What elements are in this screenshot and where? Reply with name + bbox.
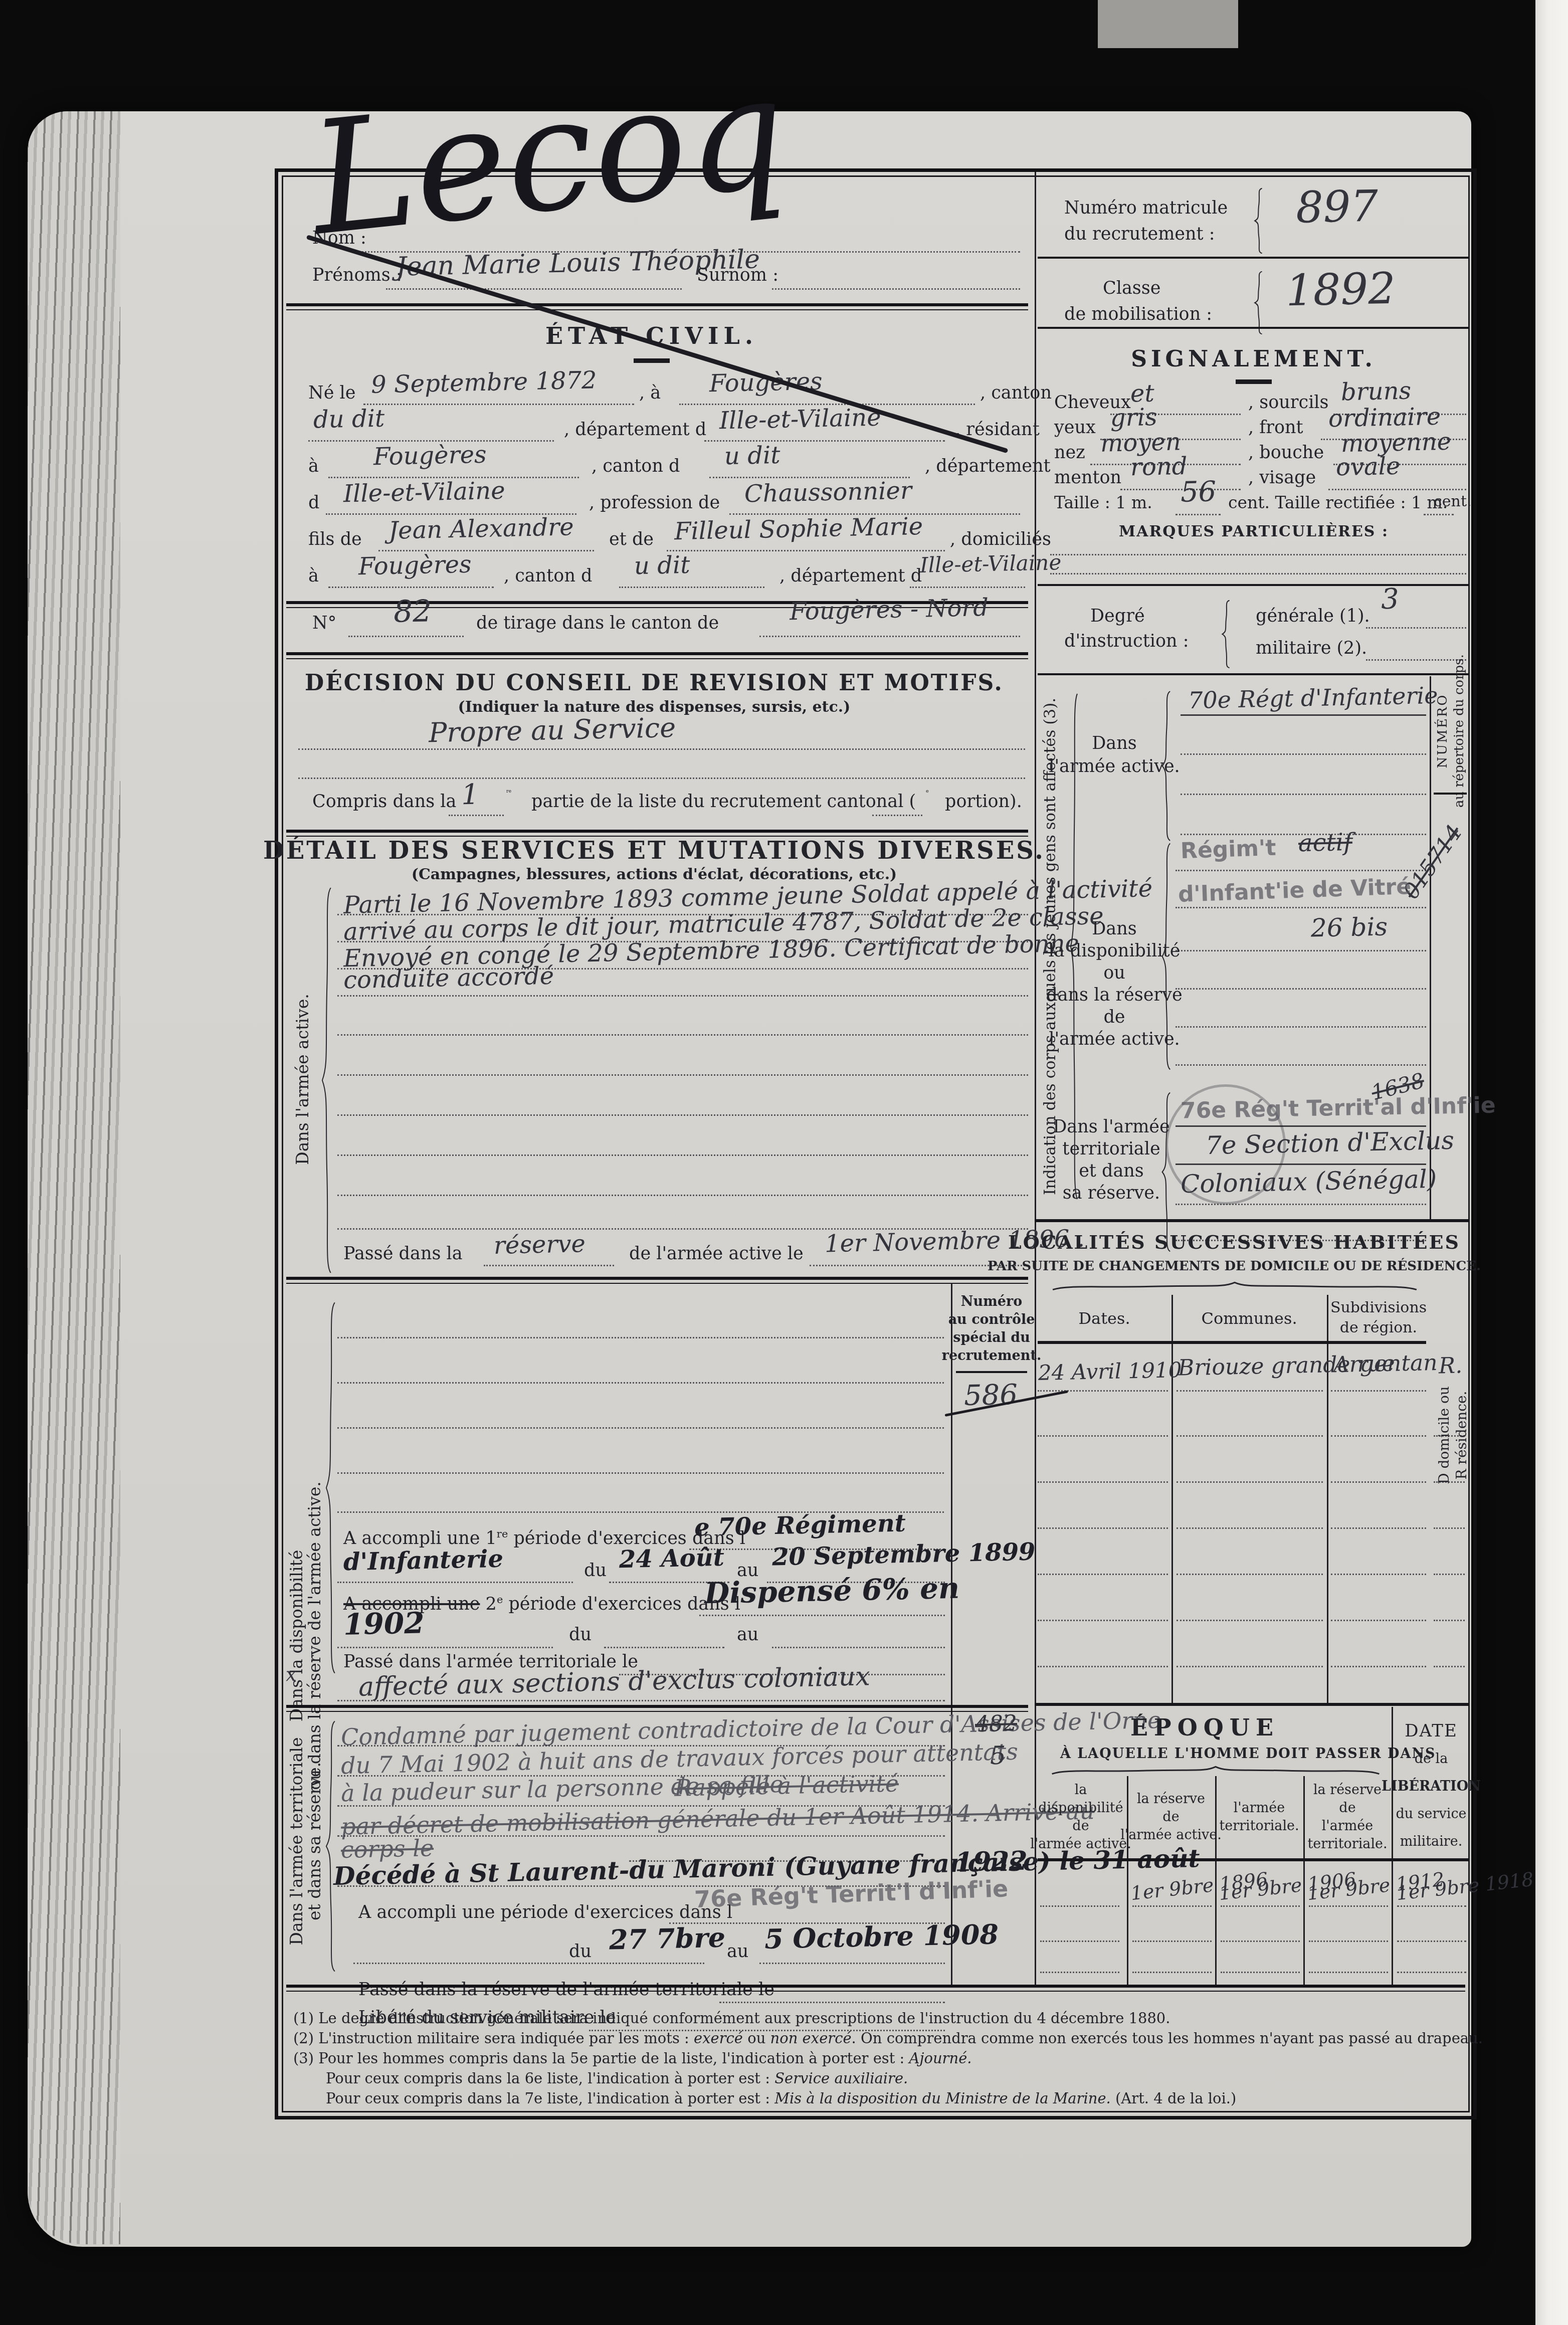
col-communes-header: Communes.	[1201, 1309, 1297, 1328]
sourcils-label: , sourcils	[1248, 393, 1329, 413]
degre-label-2: d'instruction :	[1064, 631, 1189, 651]
section-rule	[286, 303, 1028, 310]
a3-label: à	[308, 566, 319, 586]
ruled-line	[719, 2002, 945, 2003]
sourcils-value: bruns	[1340, 377, 1411, 407]
title-dash	[1236, 379, 1272, 384]
ruled-line	[1175, 1164, 1426, 1165]
controle-header-4: recrutement.	[942, 1348, 1042, 1364]
compris-label-a: Compris dans la	[312, 792, 456, 812]
footnote-2c: ou	[743, 2030, 770, 2047]
controle-header-2: au contrôle	[948, 1312, 1035, 1327]
localites-row-dr: R.	[1438, 1353, 1462, 1379]
ruled-line	[337, 1647, 553, 1648]
corps-territ-1: Dans l'armée	[1053, 1117, 1170, 1137]
table-top-rule	[1035, 1703, 1469, 1706]
ruled-line	[1038, 1390, 1168, 1392]
ruled-line	[759, 1963, 945, 1964]
degre-generale-label: générale (1).	[1256, 606, 1370, 626]
strip-rule	[1434, 793, 1467, 795]
ruled-line	[1181, 794, 1426, 795]
struck-entry-1: Rappelé à l'activité	[674, 1770, 899, 1801]
ruled-line	[337, 1114, 1028, 1116]
exclus-line-2: Coloniaux (Sénégal)	[1180, 1165, 1437, 1199]
dept2-label: , département	[925, 456, 1051, 476]
services-title: DÉTAIL DES SERVICES ET MUTATIONS DIVERSE…	[263, 837, 1045, 865]
vitre-stamp-line-2: d'Infant'ie de Vitré	[1178, 874, 1412, 907]
ruled-line	[1132, 1905, 1212, 1907]
a2-label: à	[308, 456, 319, 476]
ruled-line	[1038, 1435, 1168, 1437]
p2-value: Dispensé 6% en	[704, 1571, 959, 1611]
ruled-line	[484, 1265, 614, 1266]
birth-place-value: Fougères	[709, 367, 823, 398]
degre-label-1: Degré	[1090, 606, 1145, 626]
localites-row-subdivision: Argentan	[1333, 1350, 1438, 1378]
taille-label-a: Taille : 1 m.	[1054, 493, 1152, 512]
matricule-label-2: du recrutement :	[1064, 224, 1215, 244]
horizontal-brace-icon	[1045, 1765, 1386, 1776]
ruled-line	[1177, 1435, 1323, 1437]
epoque-col4-1: la réserve	[1313, 1782, 1382, 1798]
p2-year: 1902	[343, 1606, 425, 1641]
footnote-4b: Service auxiliaire.	[774, 2070, 908, 2087]
date-col-4: du service	[1396, 1806, 1467, 1822]
brace-icon	[1253, 187, 1264, 255]
section-rule	[286, 1277, 1028, 1284]
menton-value: rond	[1130, 452, 1188, 481]
ruled-line	[1175, 514, 1221, 515]
etat-civil-title: ÉTAT CIVIL.	[545, 322, 758, 349]
struck-entry-3: corps le	[340, 1834, 434, 1863]
nez-label: nez	[1054, 443, 1085, 463]
ruled-line	[337, 1472, 944, 1474]
bouche-label: , bouche	[1248, 443, 1324, 463]
ruled-line	[1038, 1527, 1168, 1529]
corps-territ-3: et dans	[1079, 1161, 1144, 1181]
localites-subtitle: PAR SUITE DE CHANGEMENTS DE DOMICILE OU …	[988, 1259, 1481, 1274]
ruled-line	[1177, 1666, 1323, 1667]
ruled-line	[1177, 1390, 1323, 1392]
dept3-label: , département d	[779, 566, 922, 586]
margin-x-mark: x	[286, 1663, 297, 1685]
fils-de-label: fils de	[308, 529, 362, 549]
footnote-3-label: (3)	[293, 2050, 314, 2067]
ruled-line	[298, 748, 1025, 750]
epoque-col2-3: l'armée active.	[1120, 1827, 1222, 1843]
decede-year: 1922	[954, 1845, 1028, 1877]
brace-icon	[324, 1716, 337, 1977]
canton3-label: , canton d	[504, 566, 592, 586]
ruled-line	[1434, 1435, 1465, 1437]
date-col-3: LIBÉRATION	[1382, 1779, 1481, 1794]
epoque-col4-4: territoriale.	[1307, 1836, 1387, 1852]
book-page-curled-edges	[28, 111, 120, 2244]
p3-to: 5 Octobre 1908	[764, 1918, 999, 1955]
front-label: , front	[1248, 418, 1303, 438]
taille-label-b: cent. Taille rectifiée : 1 m.	[1228, 493, 1448, 512]
p1-value: e 70e Régiment	[694, 1509, 906, 1542]
scanned-register-page: { "colors":{"paper":"#d7d6d2","ink":"#1f…	[0, 0, 1568, 2325]
passe-reserve-label-a: Passé dans la	[343, 1244, 463, 1264]
horizontal-brace-icon	[1045, 1281, 1424, 1292]
epoque-col4-3: l'armée	[1322, 1818, 1374, 1834]
ruled-line	[1309, 1905, 1388, 1907]
p3-du: du	[569, 1942, 592, 1962]
ruled-line	[1434, 1666, 1465, 1667]
ruled-line	[1221, 1941, 1300, 1942]
ruled-line	[1050, 554, 1466, 555]
ruled-line	[1177, 1620, 1323, 1621]
p3-label: A accompli une période d'exercices dans …	[358, 1902, 732, 1922]
ruled-line	[1038, 1666, 1168, 1667]
profession-label: , profession de	[589, 493, 720, 513]
ruled-line	[619, 587, 764, 588]
decision-value: Propre au Service	[428, 712, 676, 748]
rule	[1038, 327, 1469, 329]
date-col-1: DATE	[1405, 1721, 1457, 1741]
controle-header-1: Numéro	[961, 1294, 1022, 1309]
p2-sup: e	[497, 1594, 503, 1606]
footnote-3a: Pour les hommes compris dans la 5e parti…	[318, 2050, 909, 2067]
yeux-value: gris	[1110, 403, 1157, 432]
domicilies-label: , domiciliés	[950, 529, 1051, 549]
ruled-line	[1331, 1435, 1426, 1437]
ruled-line	[1038, 1481, 1168, 1483]
taille-label-c: cent.	[1434, 493, 1471, 510]
footnote-5c: (Art. 4 de la loi.)	[1111, 2090, 1236, 2107]
tirage-label: de tirage dans le canton de	[476, 613, 719, 633]
ruled-line	[337, 1427, 944, 1429]
epoque-col1-3: de	[1072, 1818, 1089, 1834]
footnote-1-label: (1)	[293, 2010, 314, 2027]
rule	[1038, 257, 1469, 259]
ruled-line	[772, 1647, 945, 1648]
brace-icon	[1253, 270, 1264, 335]
tirage-canton: Fougères - Nord	[789, 594, 989, 626]
classe-label-2: de mobilisation :	[1064, 304, 1212, 324]
footnote-2a: L'instruction militaire sera indiquée pa…	[318, 2030, 694, 2047]
ruled-line	[337, 1074, 1028, 1076]
ruled-line	[1132, 1972, 1212, 1973]
taille-value: 56	[1180, 475, 1217, 508]
table-top-rule	[1035, 1219, 1469, 1222]
epoque-col2-2: de	[1162, 1809, 1179, 1825]
menton-label: menton	[1054, 468, 1121, 488]
p3-from: 27 7bre	[609, 1921, 725, 1956]
dept-label: , département d	[564, 420, 706, 440]
visage-label: , visage	[1248, 468, 1316, 488]
footnote-2b: exercé	[694, 2030, 743, 2047]
ruled-line	[449, 815, 504, 816]
ruled-line	[1328, 489, 1466, 490]
classe-label-1: Classe	[1103, 278, 1160, 298]
epoque-col3-2: territoriale.	[1219, 1818, 1299, 1834]
canton-label: , canton	[980, 383, 1052, 403]
compris-label-b: partie de la liste du recrutement canton…	[531, 792, 916, 812]
ruled-line	[772, 288, 1020, 290]
side-label-territ-2: et dans sa réserve.	[305, 1762, 324, 1920]
footnote-3b: Ajourné.	[909, 2050, 972, 2067]
ruled-line	[1331, 1527, 1426, 1529]
ruled-line	[1175, 988, 1426, 990]
birth-date-value: 9 Septembre 1872	[370, 366, 597, 399]
ruled-line	[1175, 1064, 1426, 1066]
controle-header-3: spécial du	[953, 1330, 1030, 1345]
ruled-line	[1175, 870, 1426, 871]
ruled-line	[1038, 1574, 1168, 1575]
passe-reserve-value: réserve	[493, 1230, 585, 1260]
brace-icon	[1221, 599, 1232, 669]
epoque-col1-2: disponibilité	[1038, 1800, 1123, 1816]
p1-from: 24 Août	[619, 1543, 724, 1574]
father-name: Jean Alexandre	[388, 513, 574, 545]
domicile-value: Fougères	[358, 550, 472, 581]
footnote-4a: Pour ceux compris dans la 6e liste, l'in…	[326, 2070, 774, 2087]
table-column-line	[1171, 1295, 1173, 1703]
section-rule	[286, 1705, 1028, 1712]
table-header-rule	[1038, 1858, 1469, 1861]
matricule-form: Nom : Prénoms : Jean Marie Louis Théophi…	[275, 168, 1477, 2119]
subcolumn-rule	[956, 1371, 1027, 1373]
ruled-line	[337, 1337, 944, 1338]
epoque-title: ÉPOQUE	[1130, 1714, 1279, 1741]
ruled-line	[337, 1382, 944, 1384]
ruled-line	[1175, 950, 1426, 951]
p3-au: au	[727, 1942, 748, 1962]
ruled-line	[1331, 1390, 1426, 1392]
service-entry-4: conduite accordé	[343, 962, 554, 995]
visage-value: ovale	[1335, 452, 1401, 482]
side-label-territ-1: Dans l'armée territoriale	[287, 1737, 306, 1946]
ruled-line	[872, 815, 922, 816]
ruled-line	[1040, 1941, 1119, 1942]
table-column-line	[1392, 1707, 1393, 1985]
et-de-label: et de	[609, 529, 654, 549]
ruled-line	[386, 288, 682, 290]
date-col-2: de la	[1415, 1751, 1448, 1767]
ruled-line	[1366, 659, 1466, 661]
ruled-line	[1309, 1941, 1388, 1942]
ruled-line	[759, 636, 1020, 637]
brace-icon	[320, 880, 333, 1281]
background-page-patch	[1098, 0, 1238, 48]
dept-value: Ille-et-Vilaine	[719, 404, 881, 435]
rule	[1038, 584, 1469, 586]
canton3-value: u dit	[634, 551, 690, 580]
yeux-label: yeux	[1054, 418, 1096, 438]
profession-value: Chaussonnier	[744, 477, 912, 508]
ruled-line	[1050, 573, 1466, 574]
ruled-line	[1177, 1527, 1323, 1529]
surnom-label: Surnom :	[697, 265, 778, 285]
rule	[1038, 673, 1469, 675]
ruled-line	[1397, 1972, 1466, 1973]
footnote-5b: Mis à la disposition du Ministre de la M…	[774, 2090, 1111, 2107]
epoque-col3-1: l'armée	[1234, 1800, 1285, 1816]
ruled-line	[337, 1582, 573, 1583]
vitre-stamp-struck-actif: actif	[1298, 828, 1352, 857]
ruled-line	[348, 636, 464, 637]
bottom-section-rule	[286, 1985, 1465, 1992]
ruled-line	[1331, 1620, 1426, 1621]
ruled-line	[1397, 1905, 1466, 1907]
classe-value: 1892	[1285, 264, 1396, 316]
ruled-line	[667, 550, 945, 551]
tirage-number: 82	[393, 594, 432, 630]
ruled-line	[1424, 514, 1454, 515]
ruled-line	[699, 1615, 945, 1616]
p2-du: du	[569, 1625, 592, 1645]
footnote-2e: . On comprendra comme non exercés tous l…	[852, 2030, 1483, 2047]
ruled-line	[1397, 1941, 1466, 1942]
corps-dispo-3: ou	[1103, 963, 1125, 983]
margin-482: 482	[974, 1710, 1017, 1737]
ruled-line	[337, 1195, 1028, 1196]
signalement-title: SIGNALEMENT.	[1131, 346, 1377, 372]
ruled-line	[1221, 1905, 1300, 1907]
dispo-hw-value: 26 bis	[1310, 912, 1388, 942]
degre-generale-value: 3	[1381, 583, 1399, 616]
corps-active-label-1: Dans	[1092, 733, 1136, 753]
title-dash	[634, 358, 670, 363]
footnote-2-label: (2)	[293, 2030, 314, 2047]
ruled-line	[1434, 1620, 1465, 1621]
a-label: , à	[639, 383, 661, 403]
ruled-line	[337, 1034, 1028, 1036]
ruled-line	[1434, 1481, 1465, 1483]
side-label-armee-active: Dans l'armée active.	[293, 994, 312, 1165]
table-column-line	[1127, 1776, 1128, 1985]
brace-icon	[1160, 1089, 1172, 1255]
matricule-label-1: Numéro matricule	[1064, 198, 1228, 218]
p1-du: du	[584, 1561, 607, 1581]
ruled-line	[1181, 753, 1426, 755]
ruled-line	[1177, 1574, 1323, 1575]
ne-le-label: Né le	[308, 383, 355, 403]
section-rule	[286, 830, 1028, 837]
epoque-col4-2: de	[1339, 1800, 1355, 1816]
ruled-line	[1132, 1941, 1212, 1942]
decision-title: DÉCISION DU CONSEIL DE REVISION ET MOTIF…	[305, 670, 1004, 696]
marques-label: MARQUES PARTICULIÈRES :	[1119, 523, 1389, 540]
compris-label-c: portion).	[945, 792, 1022, 812]
strip-label-2: au répertoire du corps.	[1452, 654, 1467, 808]
margin-5: 5	[990, 1741, 1006, 1771]
ruled-line	[910, 587, 1025, 588]
ruled-line	[1221, 1972, 1300, 1973]
p1-corps: d'Infanterie	[343, 1545, 503, 1577]
ruled-line	[1434, 1574, 1465, 1575]
ruled-line	[1434, 1527, 1465, 1529]
footnote-2d: non exercé	[770, 2030, 852, 2047]
ruled-line	[328, 587, 494, 588]
col-subdiv-header-2: de région.	[1340, 1319, 1417, 1336]
brace-icon	[1160, 688, 1172, 844]
p1-sup: re	[497, 1528, 508, 1540]
passe-reserve-label-b: de l'armée active le	[629, 1244, 804, 1264]
brace-icon	[324, 1295, 337, 1681]
ruled-line	[337, 1154, 1028, 1156]
canton2-label: , canton d	[592, 456, 680, 476]
side-label-dispo-2: ou dans la réserve de l'armée active.	[305, 1481, 324, 1790]
ruled-line	[1175, 907, 1426, 908]
footnote-5a: Pour ceux compris dans la 7e liste, l'in…	[326, 2090, 774, 2107]
vitre-stamp-line-1: Régim't	[1180, 835, 1276, 864]
ruled-line	[1175, 1204, 1426, 1205]
compris-sup2: e	[926, 789, 929, 794]
date-col-5: militaire.	[1400, 1834, 1463, 1849]
footnote-1: Le degré d'instruction générale sera ind…	[318, 2010, 1170, 2027]
territorial-stamp: 76e Rég't Territ'al d'Inf'ie	[1181, 1093, 1496, 1124]
epoque-col1-4: l'armée active.	[1030, 1836, 1131, 1852]
ruled-line	[1331, 1666, 1426, 1667]
localites-row-date: 24 Avril 1910	[1038, 1358, 1182, 1385]
ruled-line	[1366, 627, 1466, 629]
ruled-line	[298, 778, 1025, 779]
mother-name: Filleul Sophie Marie	[674, 512, 923, 545]
corps-dispo-5: de	[1103, 1007, 1125, 1027]
ruled-line	[363, 404, 634, 405]
canton-value: du dit	[313, 405, 384, 434]
brace-icon	[1160, 839, 1172, 1074]
book-fore-edge	[1535, 0, 1568, 2325]
epoque-col1-1: la	[1075, 1782, 1087, 1798]
p2-au: au	[737, 1625, 758, 1645]
ruled-line	[353, 1963, 704, 1964]
ruled-line	[1181, 714, 1426, 716]
side-label-dispo-1: Dans la disponibilité	[287, 1550, 306, 1722]
dept2-value: Ille-et-Vilaine	[343, 477, 505, 508]
ruled-line	[1331, 1481, 1426, 1483]
corps-active-value: 70e Régt d'Infanterie	[1188, 682, 1438, 714]
ruled-line	[1309, 1972, 1388, 1973]
tirage-no-label: N°	[312, 613, 336, 633]
corps-territ-4: sa réserve.	[1063, 1183, 1160, 1203]
degre-militaire-label: militaire (2).	[1256, 638, 1367, 658]
epoque-subtitle: À LAQUELLE L'HOMME DOIT PASSER DANS	[1060, 1746, 1436, 1762]
ruled-line	[337, 995, 1028, 997]
ruled-line	[337, 1700, 945, 1701]
exclus-line-1: 7e Section d'Exclus	[1205, 1126, 1454, 1160]
corps-dispo-1: Dans	[1092, 919, 1136, 939]
canton2-value: u dit	[724, 441, 780, 470]
p2-label-a: 2	[486, 1594, 497, 1614]
corps-territ-2: territoriale	[1062, 1139, 1160, 1159]
compris-sup1: re	[506, 789, 511, 794]
ruled-line	[1040, 1905, 1119, 1907]
compris-value: 1	[461, 779, 479, 812]
residence-value: Fougères	[373, 441, 487, 471]
d2-label: d	[308, 493, 319, 513]
ruled-line	[1040, 1972, 1119, 1973]
services-subtitle: (Campagnes, blessures, actions d'éclat, …	[412, 866, 897, 883]
p1-to: 20 Septembre 1899	[771, 1538, 1036, 1572]
ruled-line	[1331, 1574, 1426, 1575]
epoque-col2-1: la réserve	[1137, 1791, 1205, 1807]
col-dates-header: Dates.	[1078, 1309, 1130, 1328]
col-subdiv-header-1: Subdivisions	[1330, 1299, 1427, 1316]
localites-title: LOCALITÉS SUCCESSIVES HABITÉES	[1008, 1231, 1460, 1253]
dept3-value: Ille-et-Vilaine	[920, 550, 1062, 577]
matricule-value: 897	[1295, 181, 1379, 233]
ruled-line	[1038, 1620, 1168, 1621]
section-rule	[286, 652, 1028, 659]
ruled-line	[1175, 1026, 1426, 1028]
ruled-line	[604, 1647, 724, 1648]
ruled-line	[1177, 1481, 1323, 1483]
table-header-rule	[1038, 1341, 1426, 1344]
